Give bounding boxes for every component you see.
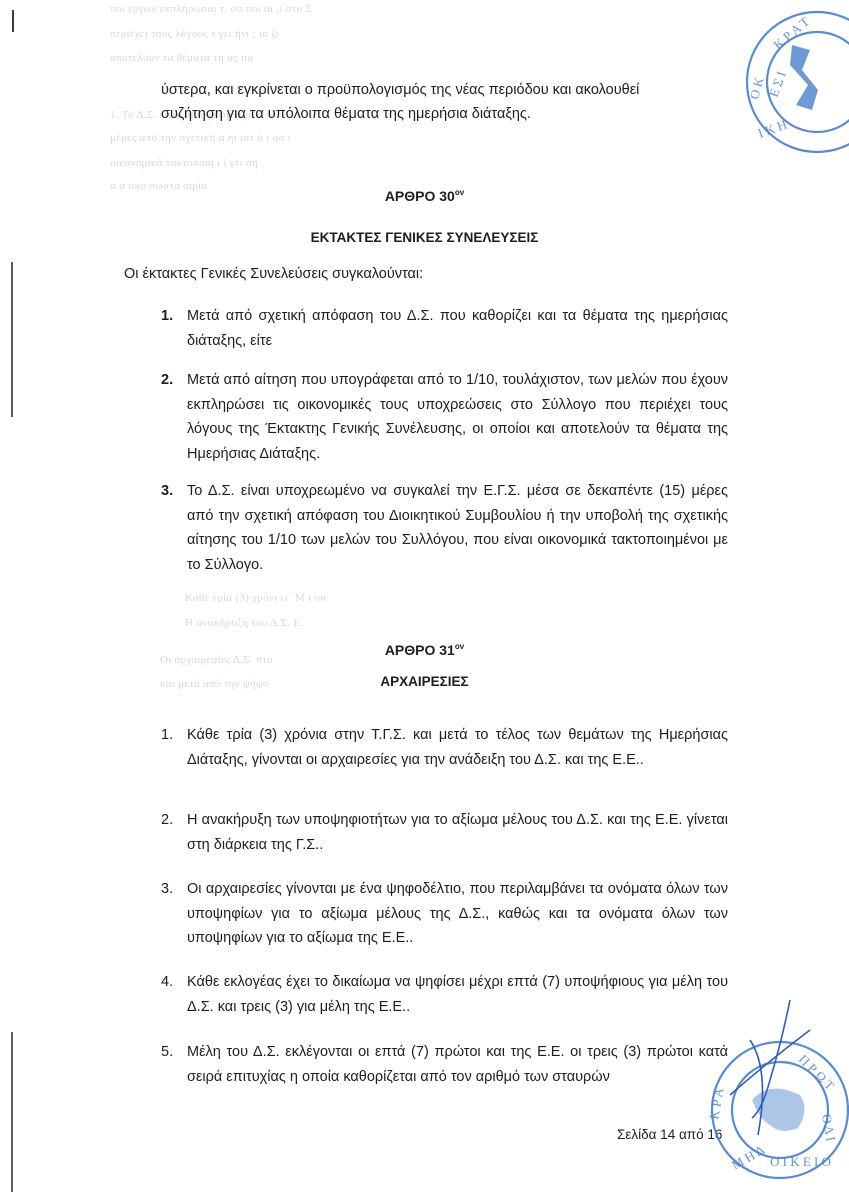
article-30-title: ΑΡΘΡΟ 30 xyxy=(385,188,455,204)
item-text: Κάθε τρία (3) χρόνια στην Τ.Γ.Σ. και μετ… xyxy=(187,723,728,772)
article-31-item: 4. Κάθε εκλογέας έχει το δικαίωμα να ψηφ… xyxy=(161,970,728,1019)
ordinal-suffix: ον xyxy=(455,642,464,651)
official-seal-icon: Π Ρ Ω Τ Ο Δ Ι Ο Ι Κ Ε Ι Ο Κ Ρ Α Μ Η Δ xyxy=(690,1000,849,1200)
item-text: Μέλη του Δ.Σ. εκλέγονται οι επτά (7) πρώ… xyxy=(187,1040,728,1089)
bleed-through-text: ποι έργων εκπλήρωσαι τ. οιι ποι αι ,ι στ… xyxy=(110,3,312,15)
bleed-through-text: αποτελούν τα θέματα τη ας ιια xyxy=(110,52,253,64)
item-number: 1. xyxy=(161,723,173,748)
article-31-item: 5. Μέλη του Δ.Σ. εκλέγονται οι επτά (7) … xyxy=(161,1040,728,1089)
item-number: 2. xyxy=(161,808,173,833)
scanner-edge-mark xyxy=(11,262,13,417)
bleed-through-text: Κάθε τρία (3) χρόνι ω ΄Μ ι οσ xyxy=(185,592,326,604)
item-text: Η ανακήρυξη των υποψηφιοτήτων για το αξί… xyxy=(187,808,728,857)
article-30-subheading: ΕΚΤΑΚΤΕΣ ΓΕΝΙΚΕΣ ΣΥΝΕΛΕΥΣΕΙΣ xyxy=(0,230,849,245)
svg-text:Ο Δ Ι: Ο Δ Ι xyxy=(819,1113,838,1142)
item-text: Κάθε εκλογέας έχει το δικαίωμα να ψηφίσε… xyxy=(187,970,728,1019)
article-30-item: 1. Μετά από σχετική απόφαση του Δ.Σ. που… xyxy=(161,304,728,353)
item-number: 4. xyxy=(161,970,173,995)
official-seal-icon: Κ Ρ Α Τ Ο Κ Ι Κ Η Ε Σ Ι xyxy=(722,10,849,160)
bleed-through-text: περιέχει τους λόγους τ γει ήνι ; ια ζι xyxy=(110,28,279,40)
item-number: 2. xyxy=(161,368,173,393)
article-31-item: 3. Οι αρχαιρεσίες γίνονται με ένα ψηφοδέ… xyxy=(161,877,728,951)
article-30-lead: Οι έκτακτες Γενικές Συνελεύσεις συγκαλού… xyxy=(124,262,423,286)
scanner-edge-mark xyxy=(11,1032,13,1192)
article-30-heading: ΑΡΘΡΟ 30ον xyxy=(0,188,849,204)
bleed-through-text: Η ανακήρυξη του Δ.Σ. Ε. xyxy=(185,617,303,629)
article-30-item: 2. Μετά από αίτηση που υπογράφεται από τ… xyxy=(161,368,728,466)
intro-continuation-line: συζήτηση για τα υπόλοιπα θέματα της ημερ… xyxy=(161,102,731,126)
item-number: 5. xyxy=(161,1040,173,1065)
item-number: 1. xyxy=(161,304,173,329)
item-text: Οι αρχαιρεσίες γίνονται με ένα ψηφοδέλτι… xyxy=(187,877,728,951)
svg-text:Ο Κ: Ο Κ xyxy=(746,75,766,101)
article-31-heading: ΑΡΘΡΟ 31ον xyxy=(0,642,849,658)
article-31-item: 1. Κάθε τρία (3) χρόνια στην Τ.Γ.Σ. και … xyxy=(161,723,728,772)
item-text: Μετά από σχετική απόφαση του Δ.Σ. που κα… xyxy=(187,304,728,353)
intro-continuation-line: ύστερα, και εγκρίνεται ο προϋπολογισμός … xyxy=(161,78,731,102)
bleed-through-text: μέρες από την σχετική α ηι ιστ ό ι αα ι xyxy=(110,132,291,144)
scanned-document-page: ποι έργων εκπλήρωσαι τ. οιι ποι αι ,ι στ… xyxy=(0,0,849,1200)
svg-text:Π Ρ Ω Τ: Π Ρ Ω Τ xyxy=(796,1052,838,1094)
svg-text:Ε Σ Ι: Ε Σ Ι xyxy=(766,69,789,99)
scanner-edge-mark xyxy=(12,10,14,32)
svg-text:Ο Ι Κ Ε Ι Ο: Ο Ι Κ Ε Ι Ο xyxy=(770,1154,831,1169)
article-30-item: 3. Το Δ.Σ. είναι υποχρεωμένο να συγκαλεί… xyxy=(161,479,728,577)
item-text: Μετά από αίτηση που υπογράφεται από το 1… xyxy=(187,368,728,466)
ordinal-suffix: ον xyxy=(455,188,464,197)
svg-text:Κ Ρ Α: Κ Ρ Α xyxy=(706,1086,726,1121)
bleed-through-text: οικονομικά τακτοποιη ι ί γτι ση xyxy=(110,157,258,169)
item-text: Το Δ.Σ. είναι υποχρεωμένο να συγκαλεί τη… xyxy=(187,479,728,577)
item-number: 3. xyxy=(161,479,173,504)
article-31-item: 2. Η ανακήρυξη των υποψηφιοτήτων για το … xyxy=(161,808,728,857)
article-31-title: ΑΡΘΡΟ 31 xyxy=(385,642,455,658)
item-number: 3. xyxy=(161,877,173,902)
article-31-subheading: ΑΡΧΑΙΡΕΣΙΕΣ xyxy=(0,674,849,689)
